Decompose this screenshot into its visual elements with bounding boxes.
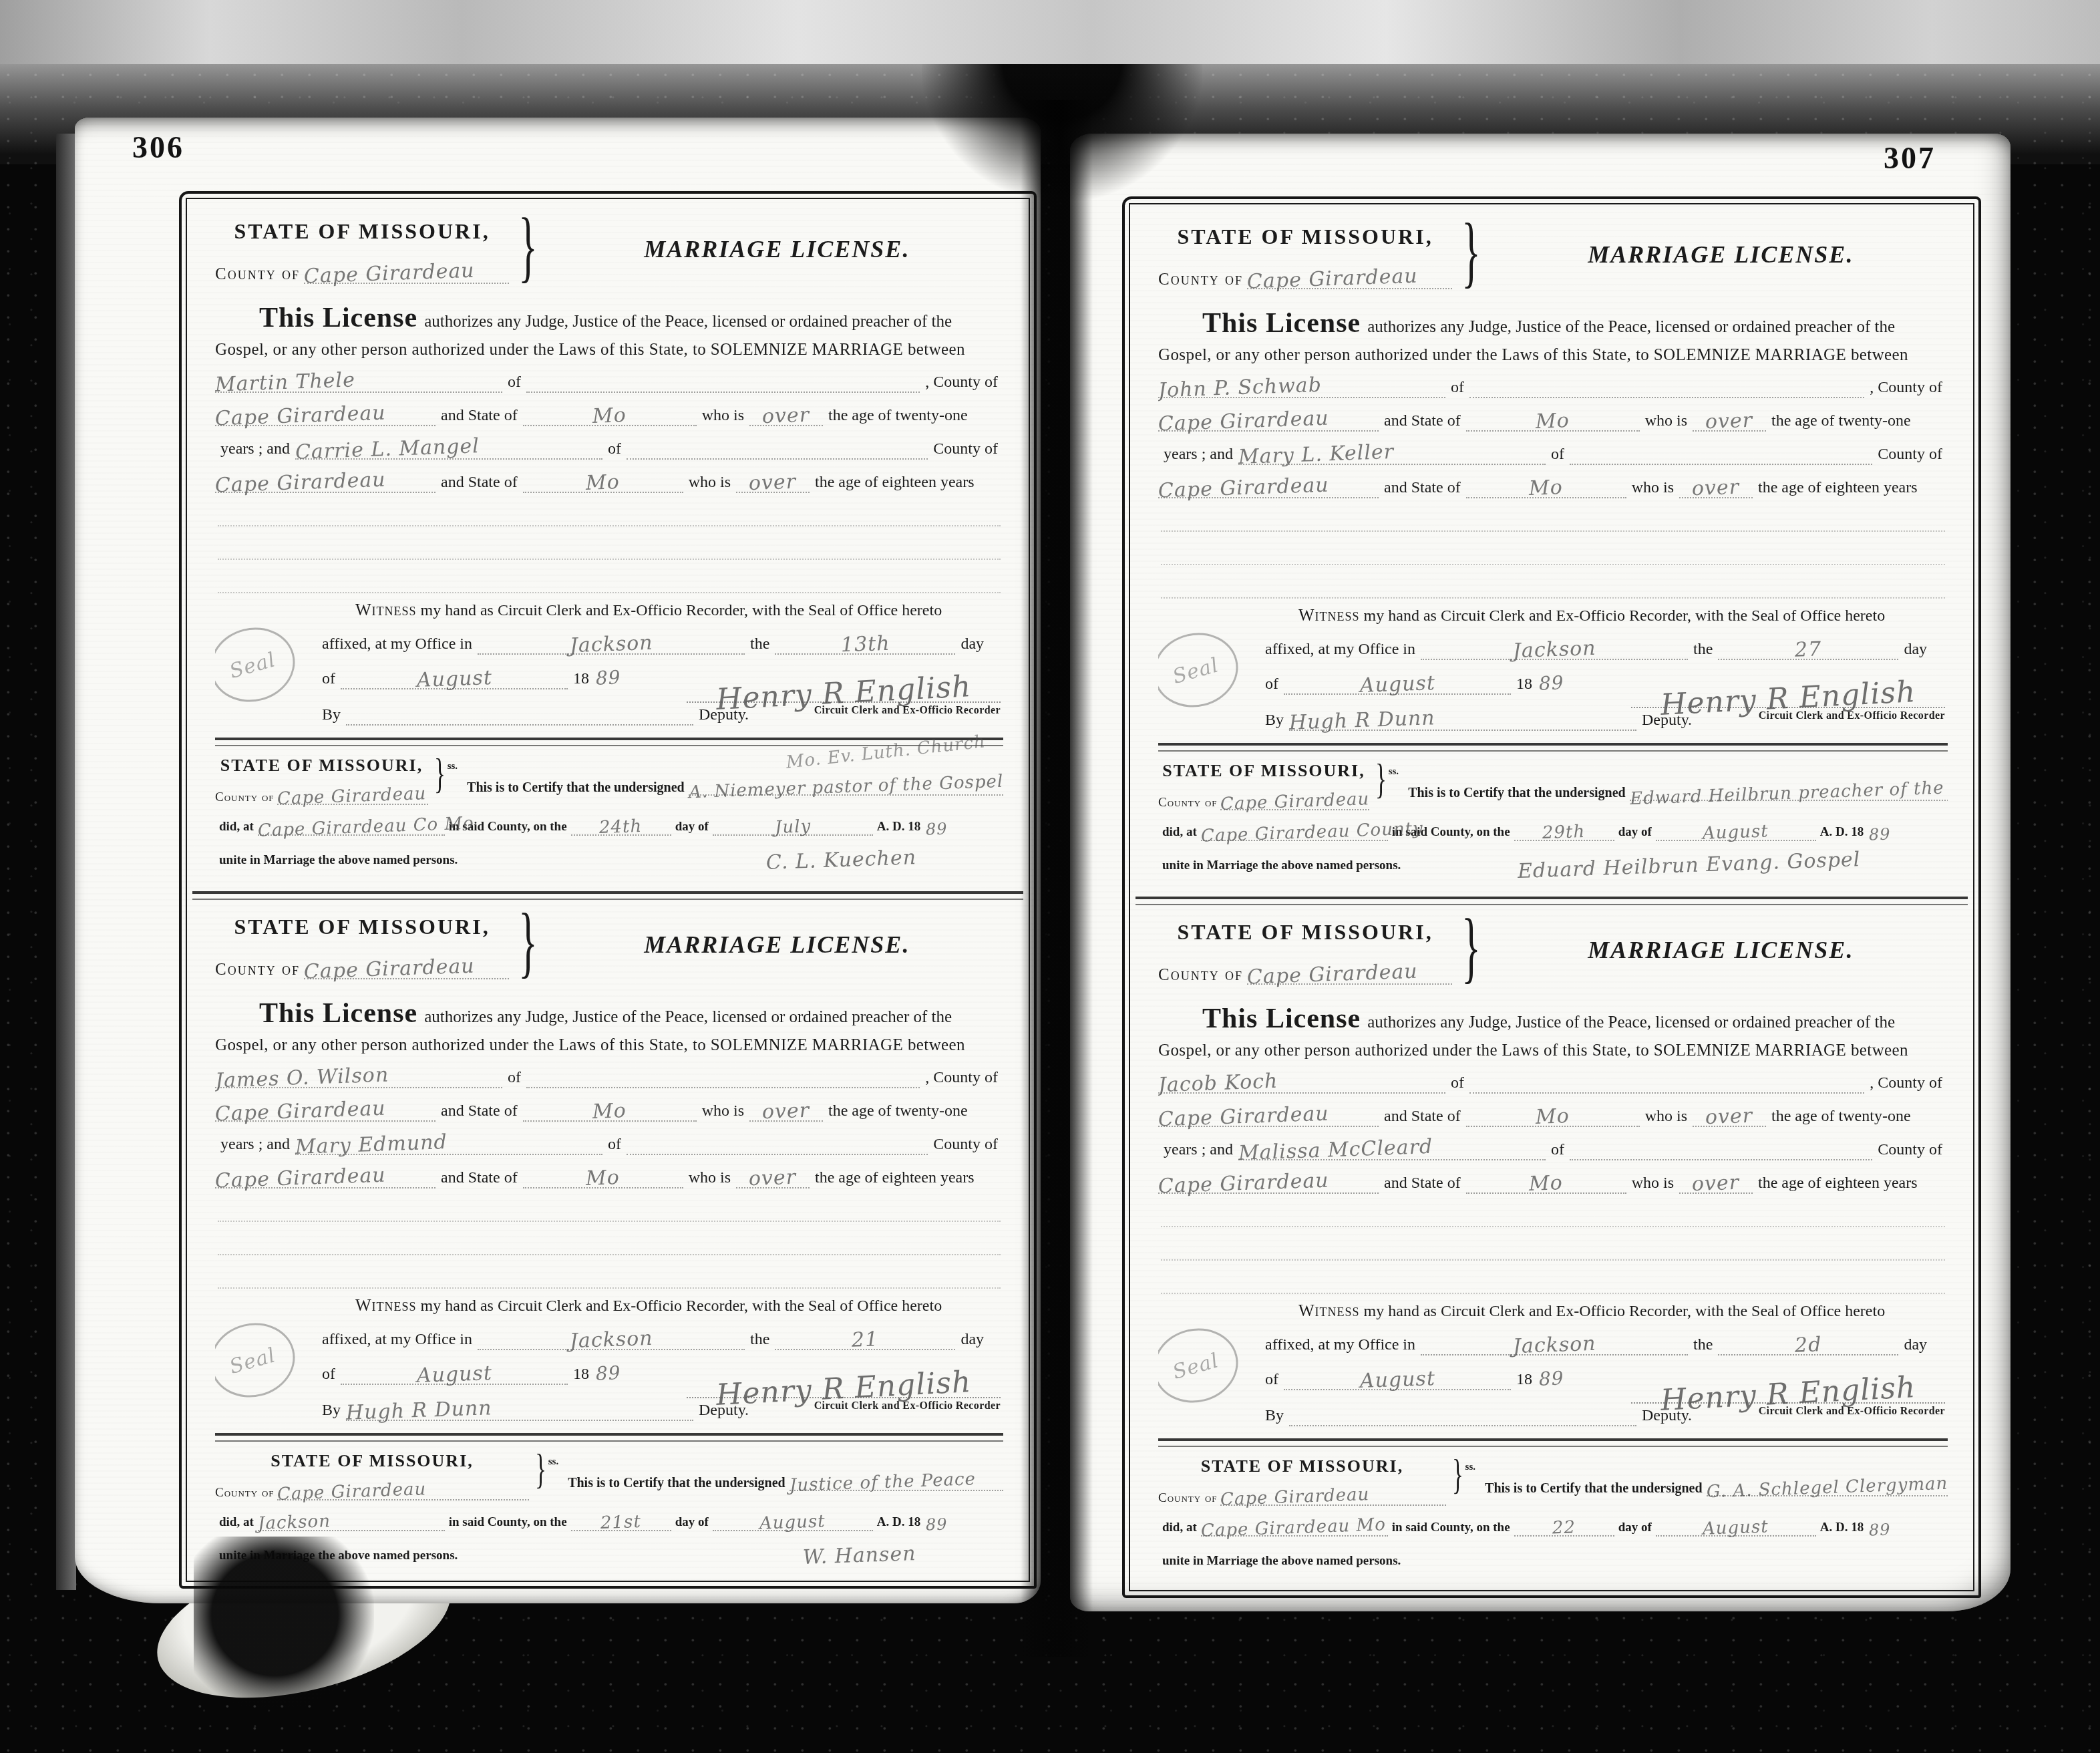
witness-word: Witness — [1298, 607, 1360, 625]
bride-state-line: Mo — [523, 468, 683, 493]
groom-county-line: Cape Girardeau — [1158, 406, 1379, 432]
groom-name-line: Martin Thele — [215, 367, 502, 393]
section-divider-rule — [215, 1433, 1003, 1442]
county-of-label-small: County of — [215, 790, 277, 805]
marriage-license-title: MARRIAGE LICENSE. — [1494, 915, 1948, 964]
filed-for-record-section: Filed for record at o'clock M., August 2… — [1158, 1582, 1948, 1585]
certificate-county-fill: Cape Girardeau — [277, 780, 428, 805]
marriage-year-digits: 89 — [1869, 1520, 1892, 1539]
county-of-tail-label: , County of — [920, 1069, 1003, 1088]
groom-residence-line — [526, 1063, 920, 1088]
state-of-missouri-small: STATE OF MISSOURI, — [215, 754, 428, 776]
certificate-date-row: did, at Cape Girardeau County in said Co… — [1158, 810, 1948, 841]
lead-text-1: authorizes any Judge, Justice of the Pea… — [1367, 318, 1895, 336]
bride-age-word: over — [749, 1166, 797, 1190]
groom-age-word: over — [762, 1099, 810, 1124]
groom-county-line: Cape Girardeau — [215, 401, 435, 426]
unite-label: unite in Marriage the above named person… — [215, 853, 462, 869]
officiant-name: G. A. Schlegel Clergyman — [1706, 1474, 1948, 1502]
blank-ruled-line — [218, 1255, 1001, 1289]
office-location: Jackson — [1512, 1332, 1596, 1358]
bride-age-line: over — [1679, 473, 1753, 498]
page-stack-edge — [56, 134, 76, 1590]
lead-text-1: authorizes any Judge, Justice of the Pea… — [1367, 1013, 1895, 1031]
blank-ruled-line — [218, 560, 1001, 593]
certificate-state-county: STATE OF MISSOURI, County of Cape Girard… — [1158, 1455, 1446, 1506]
groom-name-line: John P. Schwab — [1158, 373, 1445, 398]
county-of-label-small: County of — [215, 1486, 277, 1500]
lead-text-1: authorizes any Judge, Justice of the Pea… — [424, 313, 952, 331]
groom-county-line: Cape Girardeau — [1158, 1102, 1379, 1127]
of-label: of — [602, 440, 627, 460]
witness-text: my hand as Circuit Clerk and Ex-Officio … — [421, 1297, 942, 1315]
state-county-block: STATE OF MISSOURI, County of Cape Girard… — [215, 909, 509, 979]
certify-statement: This is to Certify that the undersigned … — [467, 754, 1003, 796]
seal-script: Seal — [1170, 1349, 1222, 1384]
bride-residence-line — [627, 434, 928, 460]
office-location-line: Jackson — [1421, 635, 1688, 660]
day-label: day — [1898, 641, 1932, 660]
marriage-place: Cape Girardeau Co Mo — [257, 813, 474, 840]
unite-row: unite in Marriage the above named person… — [215, 838, 1003, 869]
county-of-label-small: County of — [1158, 1491, 1220, 1506]
did-at-label: did, at — [1158, 825, 1201, 841]
witness-office-row: affixed, at my Office in Jackson the 21 … — [317, 1315, 1003, 1350]
bride-state: Mo — [1529, 1171, 1564, 1196]
county-name-handwritten: Cape Girardeau — [303, 955, 475, 984]
day-label: day — [955, 635, 989, 655]
officiant-signature: W. Hansen — [803, 1542, 917, 1569]
marriage-place: Cape Girardeau Mo — [1200, 1515, 1386, 1541]
of-label: of — [602, 1136, 627, 1155]
marriage-month: July — [774, 816, 811, 838]
witness-month: August — [1359, 671, 1435, 697]
certificate-date-row: did, at Jackson in said County, on the 2… — [215, 1500, 1003, 1531]
office-location-line: Jackson — [1421, 1330, 1688, 1356]
bride-state-line: Mo — [523, 1163, 683, 1188]
day-of-label: day of — [671, 820, 713, 836]
groom-county-line: Cape Girardeau — [215, 1096, 435, 1122]
county-of-line: County of Cape Girardeau — [215, 954, 509, 979]
witness-day: 2d — [1795, 1333, 1822, 1357]
age-18-label: the age of eighteen years — [810, 474, 980, 493]
license-slot-bottom-left: STATE OF MISSOURI, County of Cape Girard… — [215, 907, 1003, 1580]
printed-form-frame: STATE OF MISSOURI, County of Cape Girard… — [1122, 196, 1981, 1598]
groom-residence-line — [1469, 1068, 1864, 1094]
bride-age-line: over — [736, 468, 810, 493]
bride-county-line: Cape Girardeau — [215, 468, 435, 493]
witness-word: Witness — [1298, 1302, 1360, 1320]
clerk-seal-stamp: Seal — [215, 619, 303, 711]
bride-county: Cape Girardeau — [1158, 474, 1329, 503]
bride-state: Mo — [586, 1166, 621, 1190]
groom-county-row: Cape Girardeau and State of Mo who is ov… — [1158, 398, 1948, 432]
certificate-date-row: did, at Cape Girardeau Mo in said County… — [1158, 1506, 1948, 1537]
ss-abbreviation: ss. — [548, 1456, 558, 1468]
marriage-place-line: Jackson — [258, 1506, 445, 1531]
witness-line-1: Witness my hand as Circuit Clerk and Ex-… — [1260, 607, 1948, 625]
certificate-date-row: did, at Cape Girardeau Co Mo in said Cou… — [215, 805, 1003, 836]
unite-row: unite in Marriage the above named person… — [1158, 844, 1948, 874]
deputy-name: Hugh R Dunn — [1288, 706, 1435, 735]
county-of-tail-label: , County of — [920, 373, 1003, 393]
marriage-year-digits: 89 — [926, 819, 948, 838]
of-label: of — [1546, 446, 1570, 465]
age-21-label: the age of twenty-one — [1766, 412, 1916, 432]
witness-line-1: Witness my hand as Circuit Clerk and Ex-… — [317, 601, 1003, 620]
groom-age-line: over — [749, 1096, 823, 1122]
bride-county-line: Cape Girardeau — [1158, 1168, 1379, 1194]
of-label: of — [1260, 675, 1284, 695]
of-label: of — [502, 1069, 526, 1088]
bride-age-word: over — [1692, 476, 1740, 500]
certify-statement: This is to Certify that the undersigned … — [568, 1450, 1003, 1491]
marriage-license-title: MARRIAGE LICENSE. — [551, 214, 1003, 263]
groom-name-line: Jacob Koch — [1158, 1068, 1445, 1094]
groom-residence-line — [1469, 373, 1864, 398]
did-at-label: did, at — [1158, 1521, 1201, 1537]
marriage-place-line: Cape Girardeau Mo — [1201, 1511, 1388, 1537]
ad-18-label: A. D. 18 — [873, 820, 924, 836]
marriage-month-line: August — [713, 1506, 873, 1531]
groom-age-word: over — [1705, 1104, 1753, 1129]
witness-day-line: 27 — [1718, 635, 1898, 660]
county-of-line: County of Cape Girardeau — [1158, 959, 1452, 985]
witness-year-digits: 89 — [1538, 671, 1564, 694]
the-label: the — [1688, 641, 1718, 660]
filed-for-record-section: Filed for record at o'clock M., August 3… — [1158, 887, 1948, 890]
marriage-day-line: 21st — [571, 1506, 671, 1531]
did-at-label: did, at — [215, 820, 258, 836]
blank-ruled-line — [1161, 532, 1945, 565]
unite-row: unite in Marriage the above named person… — [1158, 1539, 1948, 1570]
blank-ruled-line — [218, 526, 1001, 560]
certificate-county-line: County of Cape Girardeau — [1158, 1480, 1446, 1506]
certificate-county-line: County of Cape Girardeau — [215, 780, 428, 805]
record-divider-rule — [192, 891, 1023, 900]
who-is-label: who is — [683, 1169, 736, 1188]
witness-month: August — [1359, 1367, 1435, 1393]
year-18-label: 18 — [568, 1366, 594, 1385]
unite-label: unite in Marriage the above named person… — [1158, 1554, 1405, 1570]
marriage-day-line: 24th — [571, 810, 671, 836]
deputy-name-line — [1289, 1401, 1636, 1426]
bride-county: Cape Girardeau — [1158, 1169, 1329, 1199]
clerk-signature-block: Henry R English Circuit Clerk and Ex-Off… — [687, 1372, 1001, 1412]
office-location-line: Jackson — [478, 1325, 745, 1350]
license-slot-top-right: STATE OF MISSOURI, County of Cape Girard… — [1158, 216, 1948, 890]
witness-day: 21 — [852, 1327, 879, 1351]
marriage-license-record: STATE OF MISSOURI, County of Cape Girard… — [1158, 216, 1948, 890]
groom-age-word: over — [762, 404, 810, 428]
age-18-label: the age of eighteen years — [1753, 479, 1923, 498]
certificate-state-county: STATE OF MISSOURI, County of Cape Girard… — [215, 1450, 529, 1500]
this-license-display-text: This License — [259, 303, 424, 333]
witness-text: my hand as Circuit Clerk and Ex-Officio … — [1364, 1303, 1886, 1320]
clerk-seal-stamp: Seal — [1158, 1319, 1246, 1412]
bride-county-row: Cape Girardeau and State of Mo who is ov… — [1158, 465, 1948, 498]
groom-age-word: over — [1705, 409, 1753, 434]
blank-ruled-line — [218, 493, 1001, 526]
license-slot-top-left: STATE OF MISSOURI, County of Cape Girard… — [215, 211, 1003, 885]
witness-month-line: August — [1284, 669, 1511, 695]
blank-ruled-line — [1161, 498, 1945, 532]
state-of-missouri-heading: STATE OF MISSOURI, — [215, 909, 509, 939]
by-label: By — [317, 706, 346, 726]
filed-row: Filed for record at o'clock M., August 3… — [252, 881, 803, 885]
bride-state: Mo — [586, 470, 621, 495]
certificate-of-marriage-section: STATE OF MISSOURI, County of Cape Girard… — [1158, 1455, 1948, 1570]
certify-statement: This is to Certify that the undersigned … — [1408, 760, 1948, 801]
year-18-label: 18 — [1511, 1371, 1538, 1390]
marriage-month-line: August — [1656, 1511, 1816, 1537]
witness-month-line: August — [341, 664, 568, 689]
the-label: the — [745, 1331, 775, 1350]
witness-year-digits: 89 — [595, 666, 621, 689]
and-state-of-label: and State of — [1379, 412, 1466, 432]
brace-glyph-small: } — [1375, 760, 1387, 798]
of-label: of — [502, 373, 526, 393]
witness-line-1: Witness my hand as Circuit Clerk and Ex-… — [1260, 1302, 1948, 1321]
certificate-county-line: County of Cape Girardeau — [215, 1475, 529, 1500]
marriage-place-line: Cape Girardeau Co Mo — [258, 810, 445, 836]
filed-row: Filed for record at o'clock M., August 2… — [1196, 1582, 1747, 1585]
groom-state-line: Mo — [523, 1096, 697, 1122]
groom-state: Mo — [1536, 409, 1570, 434]
marriage-license-record: STATE OF MISSOURI, County of Cape Girard… — [215, 907, 1003, 1580]
and-state-of-label: and State of — [1379, 1174, 1466, 1194]
certificate-header-row: STATE OF MISSOURI, County of Cape Girard… — [1158, 1455, 1948, 1506]
marriage-year-digits: 89 — [926, 1515, 948, 1534]
county-of-label: County of — [215, 961, 304, 979]
record-header: STATE OF MISSOURI, County of Cape Girard… — [1158, 219, 1948, 298]
record-divider-rule — [1135, 897, 1968, 905]
who-is-label: who is — [1626, 1174, 1679, 1194]
in-said-county-label: in said County, on the — [445, 1515, 571, 1531]
groom-row: Martin Thele of , County of — [215, 359, 1003, 393]
officiant-name: A. Niemeyer pastor of the Gospel — [688, 772, 1003, 802]
witness-month-line: August — [341, 1360, 568, 1385]
county-fill-line: Cape Girardeau — [304, 259, 509, 284]
marriage-day-line: 29th — [1514, 816, 1614, 841]
years-and-label: years ; and — [215, 1136, 295, 1155]
groom-county: Cape Girardeau — [1158, 1102, 1329, 1132]
scan-shadow-blob — [194, 1537, 374, 1710]
witness-day: 13th — [840, 632, 890, 657]
marriage-day: 21st — [600, 1512, 642, 1533]
certify-label: This is to Certify that the undersigned — [467, 780, 689, 796]
day-label: day — [955, 1331, 989, 1350]
certify-label: This is to Certify that the undersigned — [568, 1476, 790, 1491]
bride-county-row: Cape Girardeau and State of Mo who is ov… — [215, 460, 1003, 493]
who-is-label: who is — [1626, 479, 1679, 498]
witness-day-line: 21 — [775, 1325, 955, 1350]
blank-ruled-line — [218, 1222, 1001, 1255]
witness-office-row: affixed, at my Office in Jackson the 27 … — [1260, 625, 1948, 660]
office-location: Jackson — [569, 1327, 653, 1353]
groom-name: Jacob Koch — [1158, 1070, 1278, 1097]
day-of-label: day of — [1614, 1521, 1656, 1537]
in-said-county-label: in said County, on the — [1388, 1521, 1514, 1537]
book-page-left: 306 STATE OF MISSOURI, County of Cape Gi… — [75, 118, 1041, 1603]
affixed-label: affixed, at my Office in — [1260, 641, 1421, 660]
groom-state: Mo — [592, 1099, 627, 1124]
this-license-display-text: This License — [1202, 308, 1367, 339]
license-lead-line-2: Gospel, or any other person authorized u… — [215, 341, 1003, 359]
bride-county: Cape Girardeau — [215, 1164, 386, 1193]
ss-abbreviation: ss. — [1465, 1462, 1475, 1473]
of-label: of — [1546, 1141, 1570, 1160]
bride-residence-line — [1570, 440, 1872, 465]
age-21-label: the age of twenty-one — [823, 407, 973, 426]
groom-residence-line — [526, 367, 920, 393]
certificate-of-marriage-section: STATE OF MISSOURI, County of Cape Girard… — [215, 754, 1003, 869]
county-of-label-small: County of — [1158, 796, 1220, 810]
affixed-label: affixed, at my Office in — [317, 635, 478, 655]
county-fill-line: Cape Girardeau — [304, 954, 509, 979]
bride-age-line: over — [1679, 1168, 1753, 1194]
section-divider-rule — [1158, 1438, 1948, 1447]
bride-county-row: Cape Girardeau and State of Mo who is ov… — [1158, 1160, 1948, 1194]
county-name-handwritten: Cape Girardeau — [303, 259, 475, 289]
bride-residence-line — [627, 1130, 928, 1155]
witness-month: August — [416, 1362, 492, 1388]
day-of-label: day of — [671, 1515, 713, 1531]
witness-day: 27 — [1795, 637, 1822, 661]
affixed-label: affixed, at my Office in — [1260, 1336, 1421, 1356]
clerk-signature-block: Henry R English Circuit Clerk and Ex-Off… — [1631, 1377, 1945, 1418]
deputy-name-line — [346, 700, 693, 726]
state-county-block: STATE OF MISSOURI, County of Cape Girard… — [215, 214, 509, 284]
blank-ruled-line — [1161, 565, 1945, 599]
state-of-missouri-heading: STATE OF MISSOURI, — [215, 214, 509, 244]
officiant-name-line: Edward Heilbrun preacher of the Gospel — [1630, 776, 1948, 801]
witness-year-digits: 89 — [1538, 1367, 1564, 1390]
witness-month: August — [416, 666, 492, 692]
officiant-name-line: G. A. Schlegel Clergyman — [1707, 1471, 1948, 1496]
groom-state: Mo — [592, 404, 627, 428]
brace-glyph-small: } — [434, 754, 446, 793]
and-state-of-label: and State of — [435, 1102, 523, 1122]
blank-ruled-line — [218, 1188, 1001, 1222]
unite-label: unite in Marriage the above named person… — [1158, 858, 1405, 874]
and-state-of-label: and State of — [435, 407, 523, 426]
by-label: By — [1260, 1407, 1289, 1426]
bride-row: years ; and Mary L. Keller of County of — [1158, 432, 1948, 465]
certificate-of-marriage-section: STATE OF MISSOURI, County of Cape Girard… — [1158, 760, 1948, 874]
certificate-state-county: STATE OF MISSOURI, County of Cape Girard… — [215, 754, 428, 805]
year-18-label: 18 — [568, 670, 594, 689]
county-of-label-2: County of — [928, 440, 1003, 460]
marriage-day: 29th — [1542, 822, 1586, 843]
did-at-label: did, at — [215, 1515, 258, 1531]
office-location: Jackson — [569, 631, 653, 657]
marriage-month: August — [1703, 821, 1769, 843]
officiant-signature: C. L. Kuechen — [765, 846, 916, 874]
state-county-block: STATE OF MISSOURI, County of Cape Girard… — [1158, 219, 1452, 289]
certificate-header-row: STATE OF MISSOURI, County of Cape Girard… — [1158, 760, 1948, 810]
and-state-of-label: and State of — [435, 474, 523, 493]
groom-row: John P. Schwab of , County of — [1158, 365, 1948, 398]
bride-residence-line — [1570, 1135, 1872, 1160]
groom-county-row: Cape Girardeau and State of Mo who is ov… — [215, 1088, 1003, 1122]
groom-row: Jacob Koch of , County of — [1158, 1060, 1948, 1094]
officiant-name-line: A. Niemeyer pastor of the Gospel — [689, 770, 1003, 796]
marriage-license-record: STATE OF MISSOURI, County of Cape Girard… — [1158, 912, 1948, 1585]
county-of-tail-label: , County of — [1864, 1074, 1948, 1094]
witness-day-line: 13th — [775, 629, 955, 655]
officiant-name-line: Justice of the Peace — [790, 1466, 1003, 1491]
year-18-label: 18 — [1511, 675, 1538, 695]
county-fill-line: Cape Girardeau — [1247, 959, 1452, 985]
groom-county: Cape Girardeau — [1158, 407, 1329, 436]
scanner-edge-strip — [0, 0, 2100, 64]
groom-name-line: James O. Wilson — [215, 1063, 502, 1088]
groom-state-line: Mo — [1466, 1102, 1640, 1127]
brace-glyph: } — [1461, 913, 1480, 981]
age-21-label: the age of twenty-one — [823, 1102, 973, 1122]
office-location-line: Jackson — [478, 629, 745, 655]
record-header: STATE OF MISSOURI, County of Cape Girard… — [1158, 915, 1948, 993]
who-is-label: who is — [697, 407, 749, 426]
groom-state-line: Mo — [1466, 406, 1640, 432]
marriage-place-line: Cape Girardeau County — [1201, 816, 1388, 841]
page-number-left: 306 — [132, 130, 184, 165]
of-label: of — [1260, 1371, 1284, 1390]
who-is-label: who is — [697, 1102, 749, 1122]
marriage-license-title: MARRIAGE LICENSE. — [1494, 219, 1948, 269]
clerk-seal-stamp: Seal — [215, 1314, 303, 1406]
deputy-name-line: Hugh R Dunn — [1289, 705, 1636, 731]
by-label: By — [317, 1402, 346, 1421]
bride-age-word: over — [749, 470, 797, 495]
record-header: STATE OF MISSOURI, County of Cape Girard… — [215, 214, 1003, 293]
bride-county-line: Cape Girardeau — [1158, 473, 1379, 498]
bride-county-row: Cape Girardeau and State of Mo who is ov… — [215, 1155, 1003, 1188]
age-18-label: the age of eighteen years — [1753, 1174, 1923, 1194]
affixed-label: affixed, at my Office in — [317, 1331, 478, 1350]
bride-county-line: Cape Girardeau — [215, 1163, 435, 1188]
state-county-block: STATE OF MISSOURI, County of Cape Girard… — [1158, 915, 1452, 985]
page-number-right: 307 — [1884, 140, 1936, 176]
marriage-year-digits: 89 — [1869, 824, 1892, 844]
bride-name-line: Carrie L. Mangel — [295, 434, 602, 460]
ss-abbreviation: ss. — [448, 761, 458, 772]
witness-line-1: Witness my hand as Circuit Clerk and Ex-… — [317, 1297, 1003, 1315]
who-is-label: who is — [1640, 412, 1693, 432]
seal-script: Seal — [227, 1343, 279, 1379]
marriage-day: 22 — [1552, 1517, 1576, 1538]
certify-statement: This is to Certify that the undersigned … — [1485, 1455, 1948, 1496]
witness-office-row: affixed, at my Office in Jackson the 13t… — [317, 620, 1003, 655]
officiant-signature: Eduard Heilbrun Evang. Gospel — [1518, 848, 1861, 883]
years-and-label: years ; and — [1158, 446, 1238, 465]
blank-ruled-line — [1161, 1261, 1945, 1294]
state-of-missouri-small: STATE OF MISSOURI, — [215, 1450, 529, 1471]
book-page-right: 307 STATE OF MISSOURI, County of Cape Gi… — [1070, 134, 2010, 1611]
officiant-name: Justice of the Peace — [789, 1469, 976, 1496]
marriage-month: August — [759, 1511, 826, 1533]
office-location: Jackson — [1512, 637, 1596, 663]
witness-text: my hand as Circuit Clerk and Ex-Officio … — [1364, 607, 1886, 625]
and-state-of-label: and State of — [1379, 1108, 1466, 1127]
ss-abbreviation: ss. — [1389, 766, 1399, 778]
bride-name-line: Mary Edmund — [295, 1130, 602, 1155]
deputy-name: Hugh R Dunn — [345, 1396, 492, 1425]
county-name-handwritten: Cape Girardeau — [1246, 265, 1418, 294]
bride-state-line: Mo — [1466, 1168, 1626, 1194]
marriage-month: August — [1703, 1517, 1769, 1539]
